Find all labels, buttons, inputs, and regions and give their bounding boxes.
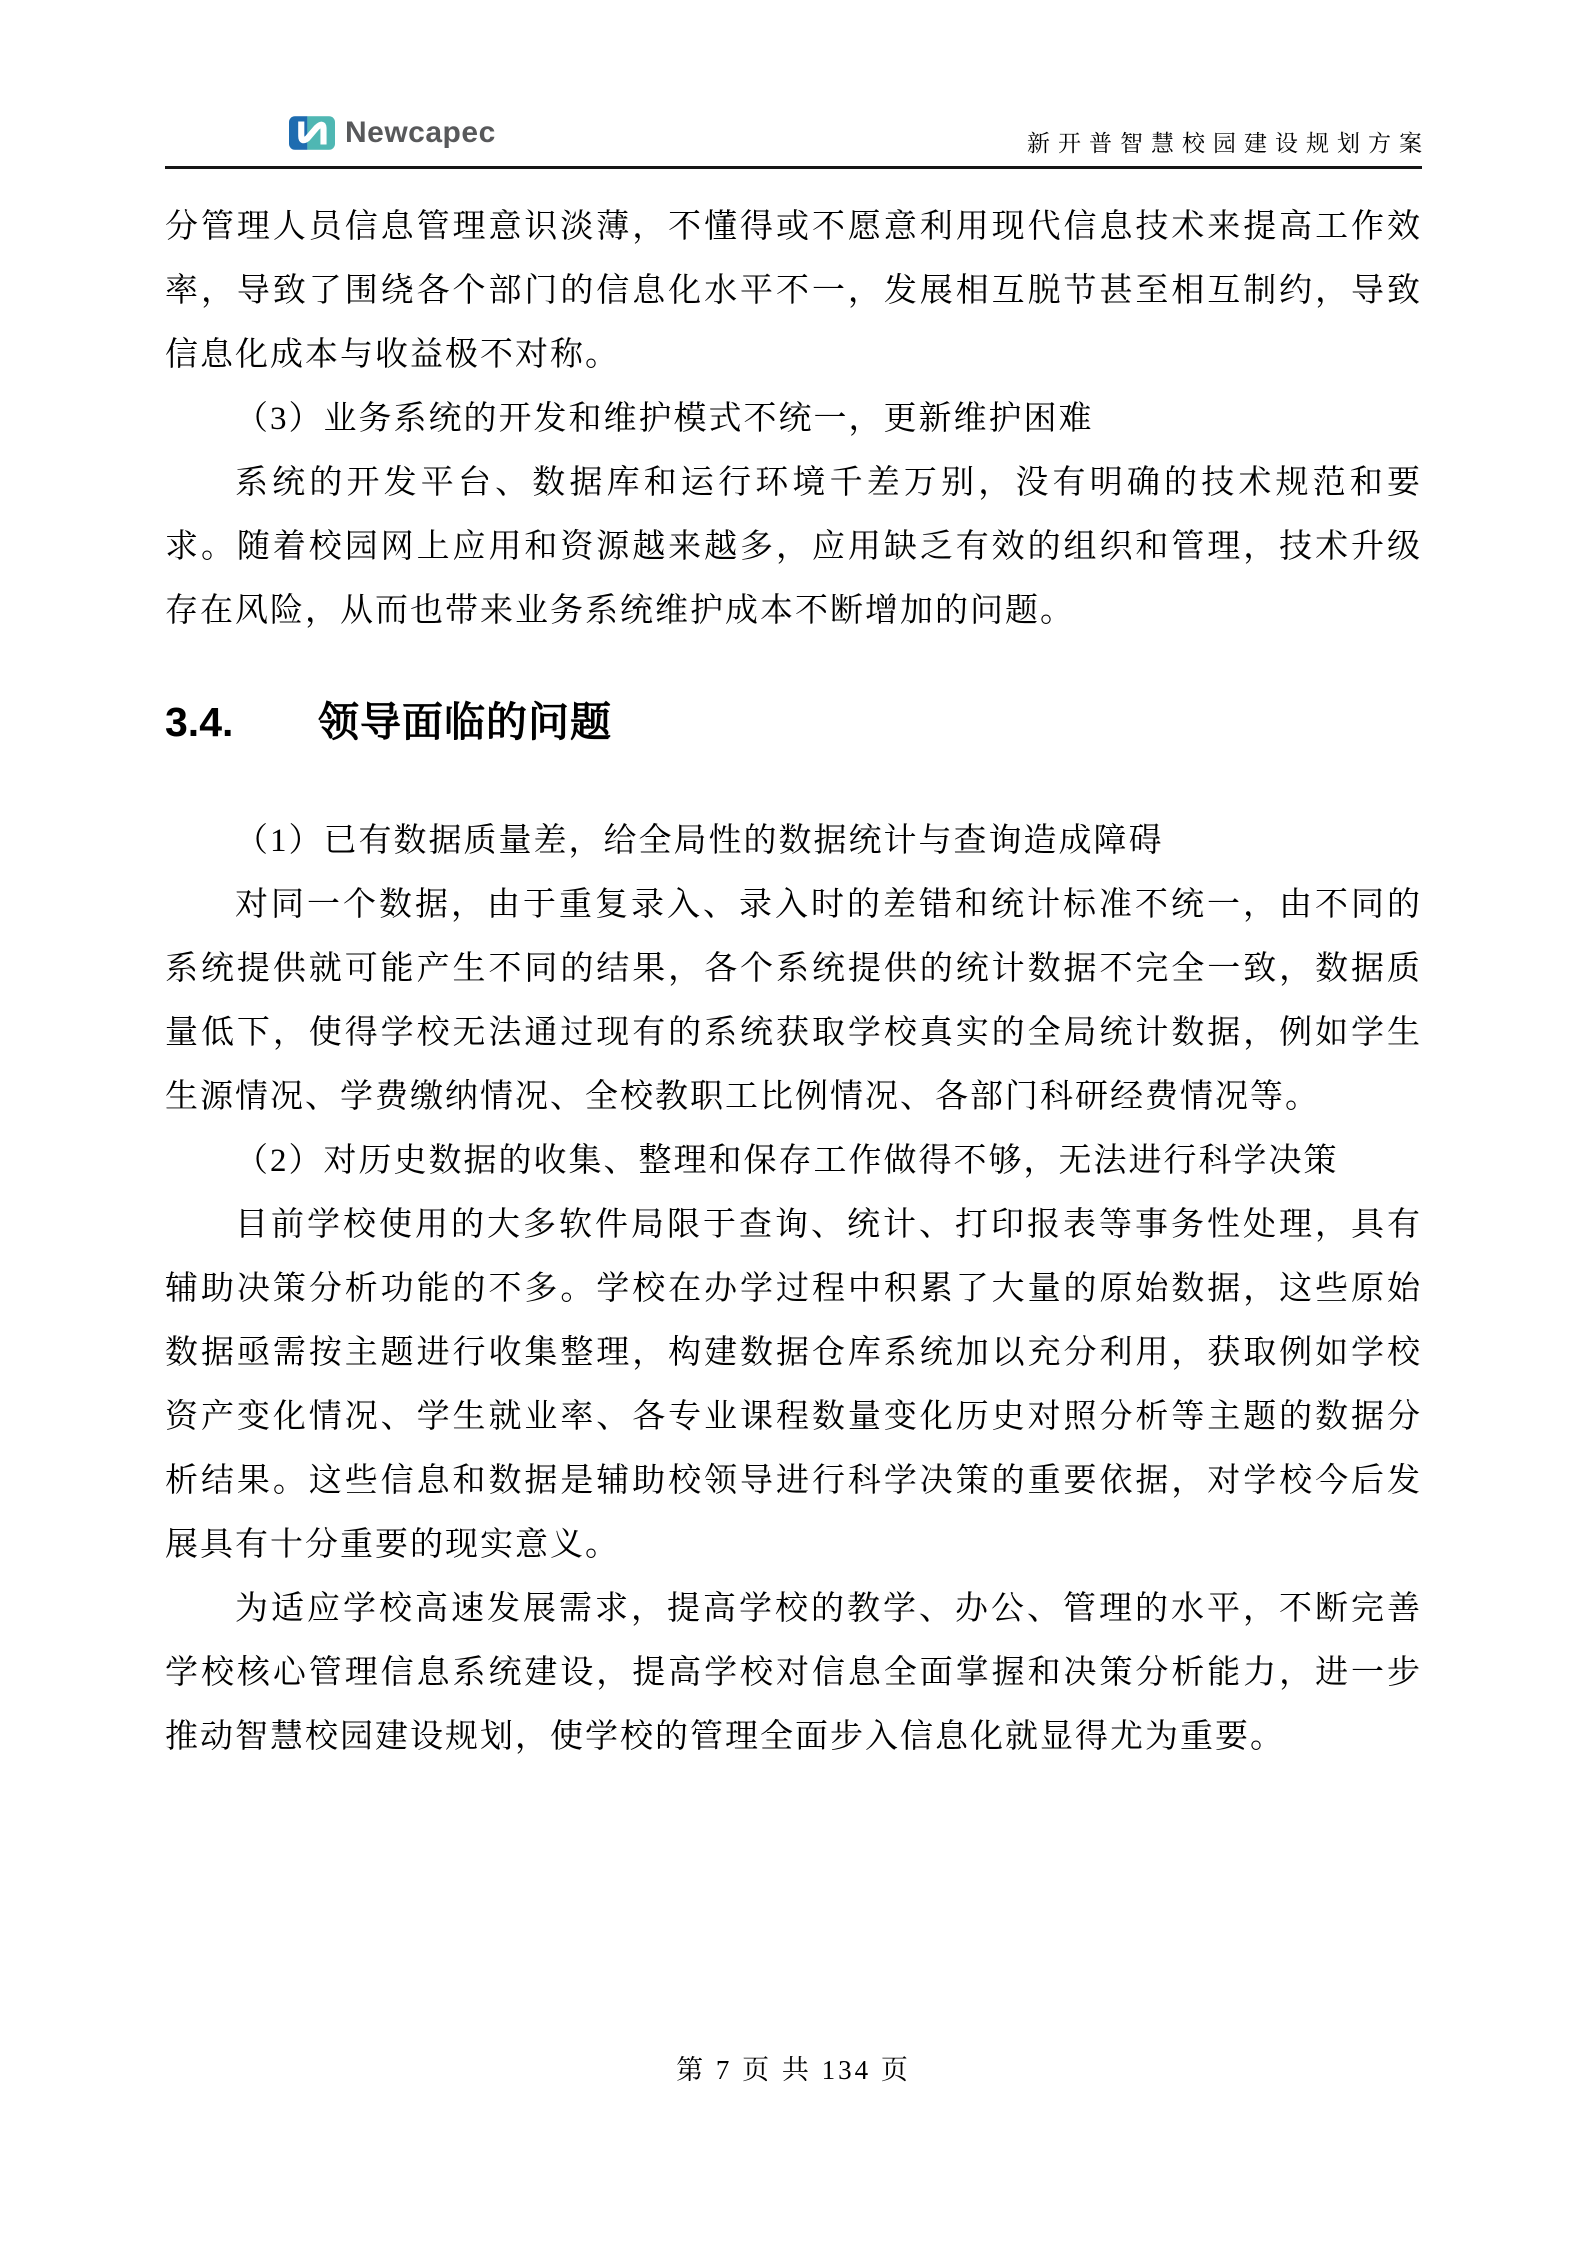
paragraph-item-2: （2）对历史数据的收集、整理和保存工作做得不够，无法进行科学决策 <box>165 1129 1422 1193</box>
logo-wordmark: Newcapec <box>345 116 496 150</box>
section-title: 领导面临的问题 <box>318 699 612 745</box>
paragraph: 系统的开发平台、数据库和运行环境千差万别，没有明确的技术规范和要求。随着校园网上… <box>165 451 1422 643</box>
newcapec-n-icon <box>289 116 335 150</box>
paragraph: 目前学校使用的大多软件局限于查询、统计、打印报表等事务性处理，具有辅助决策分析功… <box>165 1193 1422 1577</box>
section-number: 3.4. <box>165 697 318 747</box>
newcapec-logo: Newcapec <box>289 116 496 150</box>
page-number-label: 第 7 页 共 134 页 <box>676 2055 911 2085</box>
page-footer: 第 7 页 共 134 页 <box>0 2048 1587 2087</box>
paragraph-item-1: （1）已有数据质量差，给全局性的数据统计与查询造成障碍 <box>165 809 1422 873</box>
section-heading-3-4: 3.4.领导面临的问题 <box>165 697 1422 747</box>
paragraph: 对同一个数据，由于重复录入、录入时的差错和统计标准不统一，由不同的系统提供就可能… <box>165 873 1422 1129</box>
header-doc-title: 新开普智慧校园建设规划方案 <box>1027 125 1430 158</box>
paragraph-continuation: 分管理人员信息管理意识淡薄，不懂得或不愿意利用现代信息技术来提高工作效率，导致了… <box>165 195 1422 387</box>
paragraph-item-3: （3）业务系统的开发和维护模式不统一，更新维护困难 <box>165 387 1422 451</box>
document-body: 分管理人员信息管理意识淡薄，不懂得或不愿意利用现代信息技术来提高工作效率，导致了… <box>165 195 1422 1769</box>
paragraph: 为适应学校高速发展需求，提高学校的教学、办公、管理的水平，不断完善学校核心管理信… <box>165 1577 1422 1769</box>
page-header: Newcapec 新开普智慧校园建设规划方案 <box>165 0 1422 169</box>
document-page: Newcapec 新开普智慧校园建设规划方案 分管理人员信息管理意识淡薄，不懂得… <box>0 0 1587 2245</box>
